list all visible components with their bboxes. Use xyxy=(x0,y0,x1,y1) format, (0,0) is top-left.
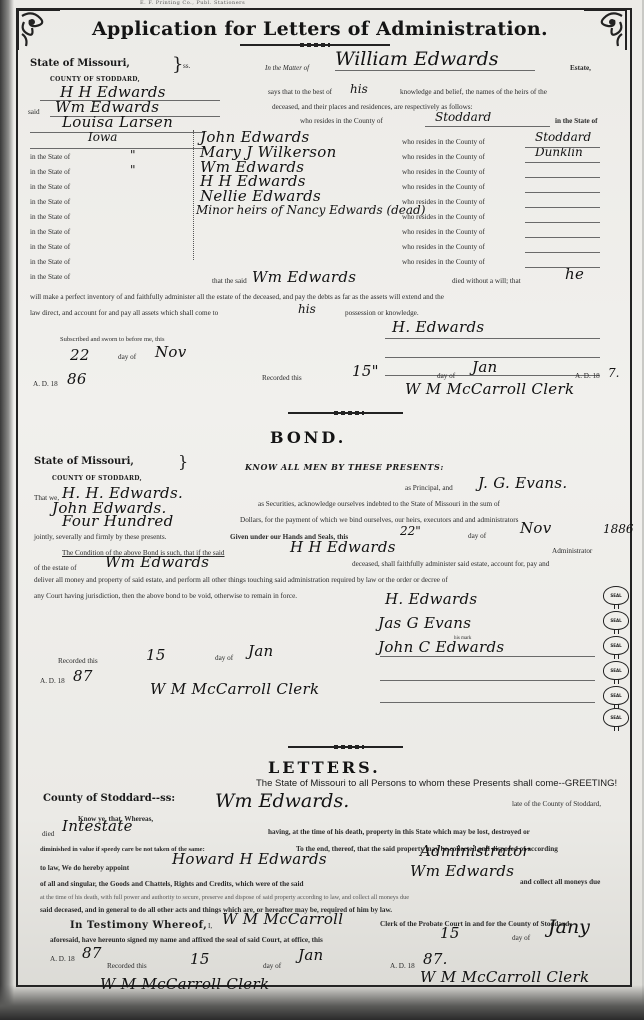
sworn-day-field[interactable]: 22 xyxy=(70,346,90,364)
aforesaid-text: aforesaid, have hereunto signed my name … xyxy=(50,936,323,944)
state-row-label: in the State of xyxy=(30,198,70,206)
deliver-text: deliver all money and property of said e… xyxy=(34,576,448,584)
who-resides-label: who resides in the County of xyxy=(402,138,485,146)
bond-county-label: COUNTY OF STODDARD, xyxy=(52,475,142,482)
seal-icon: SEAL xyxy=(603,708,629,727)
possession-text: possession or knowledge. xyxy=(345,309,419,317)
testimony-label: In Testimony Whereof, xyxy=(70,920,207,931)
underline xyxy=(525,177,600,178)
underline xyxy=(335,70,535,71)
estate-label: Estate, xyxy=(570,64,591,72)
of-all-text: of all and singular, the Goods and Chatt… xyxy=(40,880,303,888)
signature-line xyxy=(380,702,595,703)
dollars-text: Dollars, for the payment of which we bin… xyxy=(240,516,518,524)
county-label: COUNTY OF STODDARD, xyxy=(50,76,140,83)
as-principal-label: as Principal, and xyxy=(405,484,453,492)
bond-title: BOND. xyxy=(270,428,346,447)
decedent-name-field[interactable]: William Edwards xyxy=(335,48,499,70)
of-all-name-field[interactable]: Wm Edwards xyxy=(410,862,514,880)
bond-signature-1: H. Edwards xyxy=(385,590,477,608)
scan-edge-shadow xyxy=(0,0,14,1020)
applicant-signature: H. Edwards xyxy=(392,318,484,336)
appointee-field[interactable]: Howard H Edwards xyxy=(172,850,327,868)
letters-recorded-month-field[interactable]: Jan xyxy=(298,946,324,964)
who-resides-label: who resides in the County of xyxy=(402,213,485,221)
state-row-label: in the State of xyxy=(30,213,70,221)
ad-label: A. D. 18 xyxy=(575,372,600,380)
administrator-label: Administrator xyxy=(552,547,592,555)
letters-recorded-year-field[interactable]: 87. xyxy=(423,950,448,968)
seal-icon: SEAL xyxy=(603,636,629,655)
first-county-field[interactable]: Stoddard xyxy=(435,110,491,124)
who-resides-label: who resides in the County of xyxy=(402,183,485,191)
recorded-month-field[interactable]: Jan xyxy=(472,358,498,376)
seal-icon: SEAL xyxy=(603,661,629,680)
administrator-name-field[interactable]: H H Edwards xyxy=(290,538,396,556)
state-row-label: in the State of xyxy=(30,273,70,281)
underline xyxy=(525,207,600,208)
said-decedent-field[interactable]: Wm Edwards xyxy=(252,268,356,286)
bond-signature-3: John C Edwards xyxy=(378,638,504,656)
greeting-text: The State of Missouri to all Persons to … xyxy=(256,778,617,789)
that-the-said-label: that the said xyxy=(212,277,247,285)
having-text: having, at the time of his death, proper… xyxy=(268,828,530,836)
column-divider xyxy=(193,130,194,260)
bond-signature-2: Jas G Evans xyxy=(378,614,471,632)
clerk-of-text: Clerk of the Probate Court in and for th… xyxy=(380,920,569,928)
underline xyxy=(525,222,600,223)
underline xyxy=(525,237,600,238)
bond-recorded-month-field[interactable]: Jan xyxy=(248,642,274,660)
who-resides-label: who resides in the County of xyxy=(402,198,485,206)
ad-label: A. D. 18 xyxy=(33,380,58,388)
pronoun-field[interactable]: his xyxy=(298,302,316,316)
testimony-day-field[interactable]: 15 xyxy=(440,924,460,942)
day-of-label: day of xyxy=(437,372,455,380)
knowledge-text: knowledge and belief, the names of the h… xyxy=(400,88,547,96)
deceased-text: deceased, shall faithfully administer sa… xyxy=(352,560,549,568)
estate-name-field[interactable]: Wm Edwards xyxy=(105,553,209,571)
heir-name-field[interactable]: Louisa Larsen xyxy=(62,113,173,131)
to-law-text: to law, We do hereby appoint xyxy=(40,864,129,872)
subscribed-text: Subscribed and sworn to before me, this xyxy=(60,336,165,343)
day-of-label: day of xyxy=(512,934,530,942)
section-divider xyxy=(288,412,403,414)
day-of-label: day of xyxy=(468,532,486,540)
underline xyxy=(525,192,600,193)
letters-title: LETTERS. xyxy=(268,758,381,777)
day-of-label: day of xyxy=(215,654,233,662)
brace: } xyxy=(172,54,183,75)
recorded-label: Recorded this xyxy=(58,657,98,665)
underline xyxy=(425,126,550,127)
letters-county-label: County of Stoddard--ss: xyxy=(43,793,175,804)
recorded-day-field[interactable]: 15" xyxy=(352,362,379,380)
surety-name-field[interactable]: J. G. Evans. xyxy=(478,474,567,492)
section-divider xyxy=(288,746,403,748)
bond-sum-field[interactable]: Four Hundred xyxy=(62,512,173,530)
ss-label: ss. xyxy=(183,62,190,70)
state-label: State of Missouri, xyxy=(30,58,130,69)
state-row-label: in the State of xyxy=(30,258,70,266)
seal-icon: SEAL xyxy=(603,611,629,630)
who-resides-label: who resides in the County of xyxy=(300,117,383,125)
mark-note: his mark xyxy=(454,636,471,641)
ad-label: A. D. 18 xyxy=(50,955,75,963)
given-month-field[interactable]: Nov xyxy=(520,519,552,537)
letters-decedent-field[interactable]: Wm Edwards. xyxy=(215,790,349,812)
in-matter-label: In the Matter of xyxy=(265,64,309,72)
state-row-label: in the State of xyxy=(30,168,70,176)
given-year-field[interactable]: 1886 xyxy=(603,522,634,536)
testimony-month-field[interactable]: Jany xyxy=(548,916,590,938)
died-without-will-text: died without a will; that xyxy=(452,277,521,285)
title-divider xyxy=(240,44,390,46)
printer-imprint: E. F. Printing Co., Publ. Stationers xyxy=(140,0,245,6)
jointly-text: jointly, severally and firmly by these p… xyxy=(34,533,166,541)
ad-label: A. D. 18 xyxy=(40,677,65,685)
letters-recorded-day-field[interactable]: 15 xyxy=(190,950,210,968)
clerk-signature: W M McCarroll Clerk xyxy=(405,380,574,398)
state-row-label: in the State of xyxy=(30,228,70,236)
testimony-i: I, xyxy=(208,922,212,930)
scan-bottom-shadow xyxy=(0,985,644,1020)
heir-state-field[interactable]: " xyxy=(130,163,136,177)
seal-icon: SEAL xyxy=(603,686,629,705)
underline xyxy=(525,267,600,268)
underline xyxy=(525,162,600,163)
underline xyxy=(30,148,205,149)
seal-icon: SEAL xyxy=(603,586,629,605)
bond-state-label: State of Missouri, xyxy=(34,456,134,467)
state-row-label: in the State of xyxy=(30,153,70,161)
day-of-label: day of xyxy=(118,353,136,361)
said-label: said xyxy=(28,108,40,116)
recorded-year-field[interactable]: 7. xyxy=(608,366,619,380)
heir-name-field[interactable]: Minor heirs of Nancy Edwards (dead) xyxy=(196,203,425,217)
late-of-text: late of the County of Stoddard, xyxy=(512,800,601,808)
heir-state-field[interactable]: Iowa xyxy=(88,130,117,144)
role-field[interactable]: Administrator xyxy=(420,842,530,860)
says-text: says that to the best of xyxy=(268,88,332,96)
underline xyxy=(525,252,600,253)
securities-text: as Securities, acknowledge ourselves ind… xyxy=(258,500,500,508)
brace: } xyxy=(178,452,188,471)
letters-clerk-signature-right: W M McCarroll Clerk xyxy=(420,968,589,986)
estate-of-label: of the estate of xyxy=(34,564,77,572)
pronoun-field[interactable]: his xyxy=(350,82,368,96)
who-resides-label: who resides in the County of xyxy=(402,153,485,161)
who-resides-label: who resides in the County of xyxy=(402,258,485,266)
bond-clerk-signature: W M McCarroll Clerk xyxy=(150,680,319,698)
law-direct-text: law direct, and account for and pay all … xyxy=(30,309,218,317)
state-row-label: in the State of xyxy=(30,243,70,251)
bond-recorded-day-field[interactable]: 15 xyxy=(146,646,166,664)
given-day-field[interactable]: 22" xyxy=(400,524,421,538)
who-resides-label: who resides in the County of xyxy=(402,168,485,176)
heir-county-field[interactable]: Stoddard xyxy=(535,130,591,144)
died-status-field[interactable]: Intestate xyxy=(62,817,133,835)
underline xyxy=(525,147,600,148)
ornament-corner-icon xyxy=(16,8,62,52)
recorded-label: Recorded this xyxy=(262,374,302,382)
underline xyxy=(30,132,205,133)
testimony-clerk-field[interactable]: W M McCarroll xyxy=(222,910,343,928)
pronoun-field[interactable]: he xyxy=(565,265,584,283)
application-title: Application for Letters of Administratio… xyxy=(92,18,548,40)
sworn-year-field[interactable]: 86 xyxy=(67,370,87,388)
bond-recorded-year-field[interactable]: 87 xyxy=(73,667,93,685)
ornament-corner-icon xyxy=(582,8,628,52)
signature-line xyxy=(385,338,600,339)
day-of-label: day of xyxy=(263,962,281,970)
testimony-year-field[interactable]: 87 xyxy=(82,944,102,962)
state-row-label: in the State of xyxy=(30,183,70,191)
sworn-month-field[interactable]: Nov xyxy=(155,343,187,361)
who-resides-label: who resides in the County of xyxy=(402,228,485,236)
died-label: died xyxy=(42,830,54,838)
signature-line xyxy=(380,656,595,657)
in-state-of-label: in the State of xyxy=(555,117,598,125)
inventory-text: will make a perfect inventory of and fai… xyxy=(30,293,444,301)
signature-line xyxy=(380,680,595,681)
collect-text: and collect all moneys due xyxy=(520,878,600,886)
court-text: any Court having jurisdiction, then the … xyxy=(34,592,297,600)
at-time-text: at the time of his death, with full powe… xyxy=(40,894,409,901)
recorded-label: Recorded this xyxy=(107,962,147,970)
know-all-heading: KNOW ALL MEN BY THESE PRESENTS: xyxy=(245,462,444,472)
heir-state-field[interactable]: " xyxy=(130,148,136,162)
ad-label: A. D. 18 xyxy=(390,962,415,970)
who-resides-label: who resides in the County of xyxy=(402,243,485,251)
